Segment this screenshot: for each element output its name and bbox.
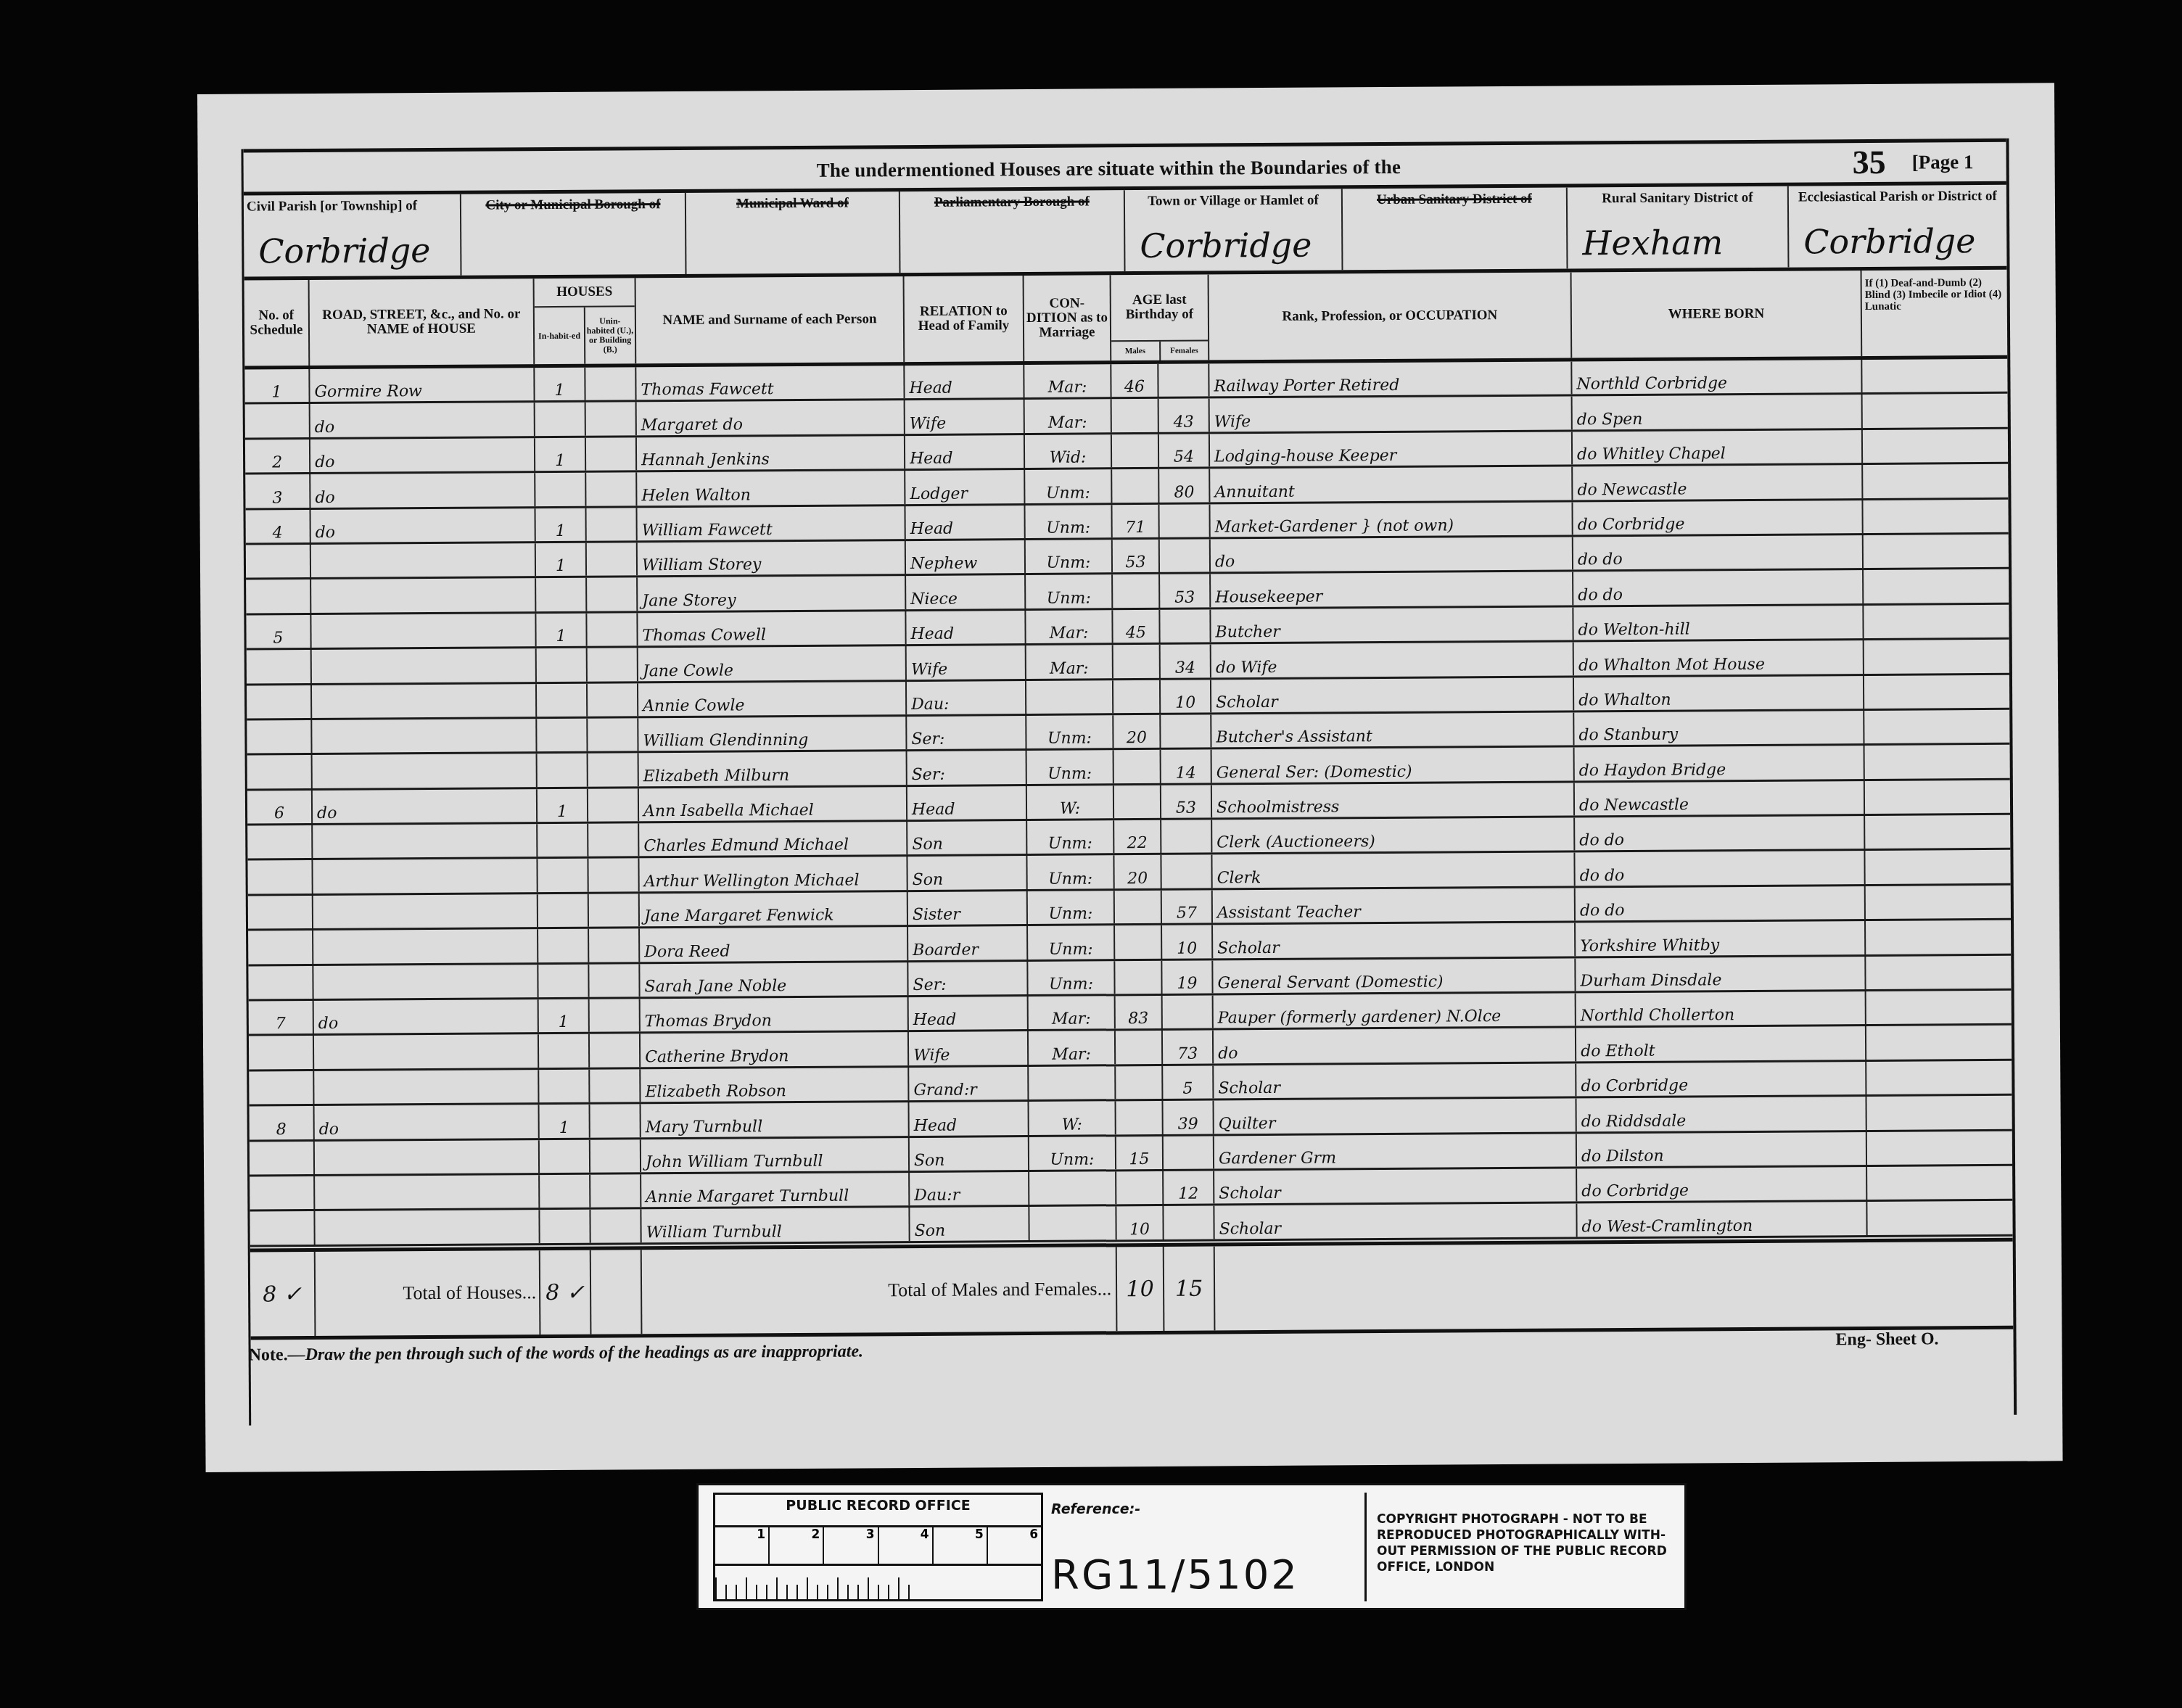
road-cell: do <box>310 403 535 437</box>
condition-cell: Mar: <box>1026 610 1113 643</box>
condition-cell: Wid: <box>1025 434 1112 468</box>
birthplace-cell: do Corbridge <box>1577 1167 1867 1202</box>
birthplace-cell: Northld Chollerton <box>1576 991 1866 1026</box>
occupation-cell: Scholar <box>1214 1168 1577 1203</box>
inhabited-cell <box>536 578 587 611</box>
female-age: 10 <box>1162 925 1213 959</box>
road-cell <box>313 824 538 858</box>
birthplace-cell: do do <box>1575 851 1865 886</box>
occupation-cell: Scholar <box>1213 923 1576 958</box>
inhabited-cell: 1 <box>539 999 590 1033</box>
total-houses-value: 8 ✓ <box>540 1250 592 1334</box>
occupation-cell: Lodging-house Keeper <box>1210 432 1573 466</box>
condition-cell <box>1029 1207 1116 1240</box>
condition-cell: Mar: <box>1029 1031 1116 1065</box>
male-age: 20 <box>1114 855 1161 888</box>
schedule-cell <box>249 1071 314 1105</box>
female-age: 53 <box>1161 785 1212 818</box>
ruler-tick <box>786 1585 788 1599</box>
relation-cell: Dau: <box>907 681 1026 714</box>
infirmity-cell <box>1862 359 2007 393</box>
ruler-tick <box>878 1585 879 1599</box>
birthplace-cell: do Corbridge <box>1576 1062 1866 1097</box>
reference-value: RG11/5102 <box>1051 1551 1299 1598</box>
condition-cell: Unm: <box>1026 715 1113 748</box>
infirmity-cell <box>1864 674 2009 709</box>
inhabited-cell <box>538 824 588 857</box>
district-value: Corbridge <box>1803 221 1975 261</box>
inhabited-cell <box>538 929 589 962</box>
male-age <box>1114 750 1161 783</box>
female-age <box>1164 1136 1214 1169</box>
public-record-office-box: PUBLIC RECORD OFFICE 1 2 3 4 5 6 <box>713 1493 1043 1601</box>
district-value: Corbridge <box>1140 226 1312 265</box>
ruler-tick <box>908 1585 910 1599</box>
road-cell <box>313 754 538 788</box>
inhabited-cell <box>537 648 588 682</box>
infirmity-cell <box>1865 745 2010 779</box>
schedule-cell <box>247 825 313 859</box>
road-cell: do <box>313 789 538 823</box>
schedule-cell: 4 <box>246 510 311 543</box>
infirmity-cell <box>1867 1166 2012 1200</box>
inhabited-cell <box>539 1034 590 1068</box>
uninhabited-cell <box>588 683 638 717</box>
road-cell <box>311 543 536 577</box>
ruler-ticks <box>715 1564 1041 1599</box>
reference-label: Reference:- <box>1051 1501 1140 1517</box>
occupation-cell: do <box>1211 537 1573 572</box>
person-name: Annie Margaret Turnbull <box>641 1173 910 1208</box>
inhabited-cell <box>538 964 589 997</box>
birthplace-cell: do Whalton <box>1574 675 1864 710</box>
relation-cell: Sister <box>908 891 1028 925</box>
infirmity-cell <box>1865 815 2010 849</box>
occupation-cell: Market-Gardener } (not own) <box>1210 502 1573 537</box>
road-cell: do <box>315 1105 540 1139</box>
schedule-cell <box>247 685 312 719</box>
condition-cell: Mar: <box>1026 645 1113 678</box>
male-age <box>1112 469 1159 503</box>
person-name: William Fawcett <box>637 506 905 541</box>
uninhabited-cell <box>589 894 640 927</box>
person-name: Annie Cowle <box>638 682 907 717</box>
ruler-tick <box>746 1577 747 1599</box>
occupation-cell: Scholar <box>1214 1204 1577 1239</box>
inhabited-cell <box>538 754 588 787</box>
infirmity-cell <box>1866 1096 2012 1130</box>
birthplace-cell: do Newcastle <box>1573 465 1863 500</box>
condition-cell: Unm: <box>1026 540 1113 573</box>
ruler-tick <box>756 1585 757 1599</box>
district-rural-sanitary: Rural Sanitary District of Hexham <box>1568 186 1790 269</box>
relation-cell: Niece <box>906 575 1026 608</box>
person-name: Arthur Wellington Michael <box>639 857 907 892</box>
infirmity-cell <box>1866 1061 2012 1095</box>
person-name: Dora Reed <box>640 927 908 962</box>
relation-cell: Wife <box>905 400 1025 433</box>
schedule-cell <box>250 1142 315 1175</box>
infirmity-cell <box>1866 920 2011 954</box>
road-cell: do <box>310 438 535 472</box>
relation-cell: Head <box>905 435 1025 469</box>
reference-box: Reference:- RG11/5102 <box>1045 1493 1364 1601</box>
occupation-cell: Scholar <box>1211 677 1574 712</box>
female-age: 34 <box>1161 645 1211 678</box>
road-cell <box>315 1210 540 1245</box>
road-cell: do <box>311 508 536 542</box>
totals-row: 8 ✓ Total of Houses... 8 ✓ Total of Male… <box>250 1238 2014 1340</box>
relation-cell: Head <box>909 997 1029 1030</box>
male-age: 83 <box>1116 996 1163 1029</box>
inhabited-cell <box>537 719 588 752</box>
uninhabited-cell <box>590 1069 641 1102</box>
road-cell <box>313 929 538 963</box>
female-age: 5 <box>1163 1065 1214 1099</box>
road-cell <box>315 1175 540 1209</box>
infirmity-cell <box>1866 955 2011 989</box>
relation-cell: Lodger <box>905 470 1025 503</box>
female-age <box>1161 714 1211 748</box>
condition-cell: W: <box>1029 1101 1116 1134</box>
condition-cell: Mar: <box>1024 364 1111 397</box>
inhabited-cell: 1 <box>535 368 585 401</box>
inhabited-cell <box>540 1175 590 1208</box>
schedule-cell: 7 <box>249 1001 314 1034</box>
col-females: Females <box>1161 341 1209 360</box>
uninhabited-cell <box>588 859 639 892</box>
occupation-cell: Wife <box>1210 397 1573 432</box>
relation-cell: Wife <box>909 1031 1029 1065</box>
uninhabited-cell <box>590 1034 641 1068</box>
road-cell <box>314 1035 539 1069</box>
schedule-cell <box>248 966 313 999</box>
birthplace-cell: do Riddsdale <box>1576 1097 1866 1131</box>
ruler-tick <box>776 1577 778 1599</box>
district-civil-parish: Civil Parish [or Township] of Corbridge <box>244 194 462 277</box>
schedule-cell <box>247 755 313 788</box>
male-age <box>1116 1101 1164 1134</box>
male-age: 20 <box>1113 715 1161 748</box>
road-cell <box>313 894 538 928</box>
male-age <box>1115 961 1162 994</box>
ruler-tick <box>817 1585 818 1599</box>
road-cell <box>311 614 536 648</box>
schedule-cell: 1 <box>244 369 310 403</box>
eng-sheet-label: Eng- Sheet O. <box>1835 1329 1938 1350</box>
inhabited-cell: 1 <box>535 438 586 471</box>
person-name: Hannah Jenkins <box>637 436 905 471</box>
birthplace-cell: do do <box>1573 570 1864 605</box>
female-age <box>1160 539 1211 572</box>
road-cell <box>312 719 537 753</box>
inhabited-cell: 1 <box>536 543 587 577</box>
condition-cell: Unm: <box>1029 1136 1116 1170</box>
birthplace-cell: do do <box>1575 816 1865 851</box>
col-schedule: No. of Schedule <box>244 280 310 366</box>
inhabited-cell <box>540 1210 590 1243</box>
district-parliamentary-borough: Parliamentary Borough of <box>900 190 1126 273</box>
infirmity-cell <box>1864 604 2009 638</box>
district-value: Hexham <box>1582 223 1723 263</box>
infirmity-cell <box>1863 499 2008 533</box>
total-schedules: 8 ✓ <box>250 1252 316 1337</box>
female-age <box>1163 995 1214 1028</box>
male-age: 46 <box>1111 364 1158 397</box>
road-cell <box>311 579 536 613</box>
condition-cell: Unm: <box>1025 469 1112 503</box>
col-relation: RELATION to Head of Family <box>905 276 1025 362</box>
female-age <box>1161 855 1212 888</box>
male-age: 53 <box>1113 540 1160 573</box>
person-name: William Glendinning <box>638 717 907 751</box>
col-condition: CON-DITION as to Marriage <box>1024 275 1112 361</box>
person-name: Jane Storey <box>638 576 906 611</box>
uninhabited-cell <box>590 999 641 1032</box>
female-age: 57 <box>1162 890 1213 923</box>
uninhabited-cell <box>588 788 639 822</box>
total-persons-label: Total of Males and Females... <box>642 1247 1118 1334</box>
female-age: 73 <box>1163 1031 1214 1064</box>
birthplace-cell: do Whitley Chapel <box>1573 430 1863 465</box>
schedule-cell: 3 <box>245 474 310 508</box>
inhabited-cell: 1 <box>535 508 586 541</box>
col-infirmity: If (1) Deaf-and-Dumb (2) Blind (3) Imbec… <box>1862 270 2008 356</box>
male-age: 15 <box>1116 1136 1164 1169</box>
uninhabited-cell <box>585 367 636 400</box>
male-age <box>1114 785 1161 819</box>
condition-cell: Unm: <box>1025 505 1112 538</box>
schedule-cell <box>250 1211 315 1245</box>
occupation-cell: do <box>1214 1028 1576 1063</box>
total-females: 15 <box>1164 1246 1216 1330</box>
relation-cell: Ser: <box>908 962 1028 995</box>
infirmity-cell <box>1867 1131 2012 1165</box>
relation-cell: Wife <box>907 645 1026 679</box>
road-cell <box>313 965 538 999</box>
schedule-cell: 6 <box>247 791 313 824</box>
person-name: Ann Isabella Michael <box>639 787 907 822</box>
census-rows: 1Gormire Row1Thomas FawcettHeadMar:46Rai… <box>244 359 2012 1247</box>
relation-cell: Head <box>905 506 1025 539</box>
footer-note: Note.—Draw the pen through such of the w… <box>249 1342 864 1365</box>
condition-cell <box>1026 680 1113 714</box>
male-age <box>1112 434 1159 468</box>
schedule-cell <box>248 896 313 929</box>
female-age: 10 <box>1161 680 1211 713</box>
relation-cell: Son <box>910 1137 1029 1171</box>
district-municipal-borough: City or Municipal Borough of <box>461 193 687 276</box>
male-age <box>1113 645 1161 678</box>
schedule-cell <box>245 404 310 437</box>
male-age: 71 <box>1112 504 1159 537</box>
occupation-cell: Clerk <box>1212 853 1575 888</box>
ruler-tick <box>796 1585 798 1599</box>
inhabited-cell <box>535 473 586 506</box>
relation-cell: Nephew <box>906 540 1026 574</box>
female-age: 53 <box>1160 574 1211 608</box>
person-name: Helen Walton <box>637 471 905 506</box>
total-houses-label: Total of Houses... <box>316 1250 541 1336</box>
col-males: Males <box>1111 342 1161 360</box>
folio-number: 35 <box>1852 143 1885 181</box>
birthplace-cell: do Spen <box>1573 395 1863 429</box>
inhabited-cell: 1 <box>540 1105 590 1138</box>
birthplace-cell: do Welton-hill <box>1573 606 1864 640</box>
uninhabited-cell <box>589 964 640 997</box>
inhabited-cell: 1 <box>536 613 587 646</box>
male-age <box>1113 574 1160 608</box>
male-age: 10 <box>1116 1206 1164 1239</box>
relation-cell: Dau:r <box>910 1172 1029 1205</box>
occupation-cell: Butcher <box>1211 607 1573 642</box>
birthplace-cell: do do <box>1573 535 1864 570</box>
relation-cell: Head <box>907 786 1027 820</box>
schedule-cell: 8 <box>250 1106 315 1139</box>
female-age: 12 <box>1164 1171 1214 1204</box>
infirmity-cell <box>1866 991 2012 1025</box>
person-name: Mary Turnbull <box>641 1102 910 1137</box>
schedule-cell <box>247 861 313 894</box>
male-age <box>1113 680 1161 713</box>
uninhabited-cell <box>586 472 637 506</box>
uninhabited-cell <box>590 1104 641 1137</box>
infirmity-cell <box>1865 780 2010 814</box>
person-name: Elizabeth Robson <box>641 1068 909 1102</box>
uninhabited-cell <box>588 648 638 681</box>
inhabited-cell <box>539 1070 590 1103</box>
condition-cell: Mar: <box>1025 400 1112 433</box>
person-name: Thomas Brydon <box>641 997 909 1032</box>
infirmity-cell <box>1864 710 2009 744</box>
male-age <box>1116 1171 1164 1205</box>
district-urban-sanitary: Urban Sanitary District of <box>1343 187 1568 270</box>
infirmity-cell <box>1866 1026 2012 1060</box>
occupation-cell: Butcher's Assistant <box>1211 712 1574 747</box>
road-cell <box>314 1070 539 1104</box>
relation-cell: Son <box>907 856 1027 889</box>
condition-cell <box>1029 1171 1116 1205</box>
inhabited-cell: 1 <box>538 788 588 822</box>
female-age: 39 <box>1164 1101 1214 1134</box>
ruler-tick <box>715 1577 717 1599</box>
district-value: Corbridge <box>258 231 430 271</box>
occupation-cell: Housekeeper <box>1211 572 1573 607</box>
occupation-cell: Assistant Teacher <box>1213 888 1576 923</box>
birthplace-cell: Yorkshire Whitby <box>1576 921 1866 956</box>
female-age <box>1160 609 1211 643</box>
total-males: 10 <box>1117 1247 1165 1331</box>
occupation-cell: Scholar <box>1214 1063 1576 1098</box>
condition-cell: Unm: <box>1027 856 1114 889</box>
road-cell: do <box>310 473 535 507</box>
uninhabited-cell <box>590 1174 641 1208</box>
uninhabited-cell <box>590 1139 641 1173</box>
col-inhabited: In-habit-ed <box>535 308 585 364</box>
district-town-village: Town or Village or Hamlet of Corbridge <box>1125 189 1343 271</box>
uninhabited-cell <box>588 754 639 787</box>
ruler-tick <box>837 1577 839 1599</box>
inhabited-cell <box>538 859 588 892</box>
road-cell: do <box>314 999 539 1034</box>
infirmity-cell <box>1864 535 2009 569</box>
birthplace-cell: do do <box>1576 886 1866 921</box>
uninhabited-cell <box>586 437 637 471</box>
male-age <box>1116 1066 1163 1100</box>
male-age <box>1116 1031 1163 1064</box>
infirmity-cell <box>1863 464 2008 498</box>
ruler-tick <box>898 1577 899 1599</box>
birthplace-cell: Durham Dinsdale <box>1576 957 1866 991</box>
person-name: Charles Edmund Michael <box>639 822 907 857</box>
occupation-cell: Quilter <box>1214 1099 1577 1134</box>
inhabited-cell <box>537 683 588 717</box>
person-name: William Storey <box>638 541 906 576</box>
birthplace-cell: do Haydon Bridge <box>1575 746 1865 780</box>
birthplace-cell: do Stanbury <box>1574 711 1864 746</box>
ruler-tick <box>857 1585 859 1599</box>
male-age: 22 <box>1114 820 1161 854</box>
col-where-born: WHERE BORN <box>1572 271 1863 358</box>
uninhabited-cell <box>586 403 637 436</box>
person-name: Elizabeth Milburn <box>639 751 907 786</box>
schedule-cell <box>246 579 311 613</box>
condition-cell: Unm: <box>1028 926 1115 960</box>
male-age <box>1115 925 1162 959</box>
infirmity-cell <box>1865 850 2010 884</box>
female-age <box>1164 1206 1214 1239</box>
female-age: 14 <box>1161 750 1212 783</box>
road-cell <box>312 648 537 682</box>
person-name: Jane Margaret Fenwick <box>640 892 908 927</box>
col-road: ROAD, STREET, &c., and No. or NAME of HO… <box>310 279 535 366</box>
district-municipal-ward: Municipal Ward of <box>686 191 901 274</box>
female-age: 43 <box>1159 399 1210 432</box>
infirmity-cell <box>1866 886 2011 920</box>
condition-cell: Unm: <box>1027 820 1114 854</box>
copyright-notice: COPYRIGHT PHOTOGRAPH - NOT TO BE REPRODU… <box>1364 1493 1676 1601</box>
occupation-cell: Gardener Grm <box>1214 1134 1577 1168</box>
infirmity-cell <box>1867 1201 2012 1235</box>
person-name: William Turnbull <box>641 1208 910 1242</box>
inhabited-cell <box>538 894 589 928</box>
road-cell <box>313 859 538 894</box>
col-name: NAME and Surname of each Person <box>636 276 905 363</box>
occupation-cell: General Ser: (Domestic) <box>1212 748 1575 783</box>
male-age <box>1115 891 1162 924</box>
census-sheet: The undermentioned Houses are situate wi… <box>197 83 2063 1472</box>
ruler-tick <box>847 1585 849 1599</box>
ruler-tick <box>868 1577 869 1599</box>
female-age: 54 <box>1159 434 1210 467</box>
female-age <box>1158 363 1209 397</box>
relation-cell: Head <box>905 365 1024 398</box>
col-age: AGE last Birthday of Males Females <box>1111 274 1210 360</box>
schedule-cell <box>250 1176 315 1210</box>
person-name: Thomas Cowell <box>638 611 906 646</box>
uninhabited-cell <box>588 718 638 751</box>
condition-cell: Unm: <box>1028 891 1115 924</box>
relation-cell: Son <box>910 1207 1029 1240</box>
condition-cell: W: <box>1027 785 1114 819</box>
reference-strip: PUBLIC RECORD OFFICE 1 2 3 4 5 6 Referen… <box>696 1483 1687 1610</box>
person-name: Sarah Jane Noble <box>640 962 908 997</box>
ruler-tick <box>827 1585 828 1599</box>
inhabited-cell <box>535 403 586 436</box>
occupation-cell: Clerk (Auctioneers) <box>1212 817 1575 852</box>
occupation-cell: Annuitant <box>1210 467 1573 502</box>
person-name: Thomas Fawcett <box>636 366 905 400</box>
